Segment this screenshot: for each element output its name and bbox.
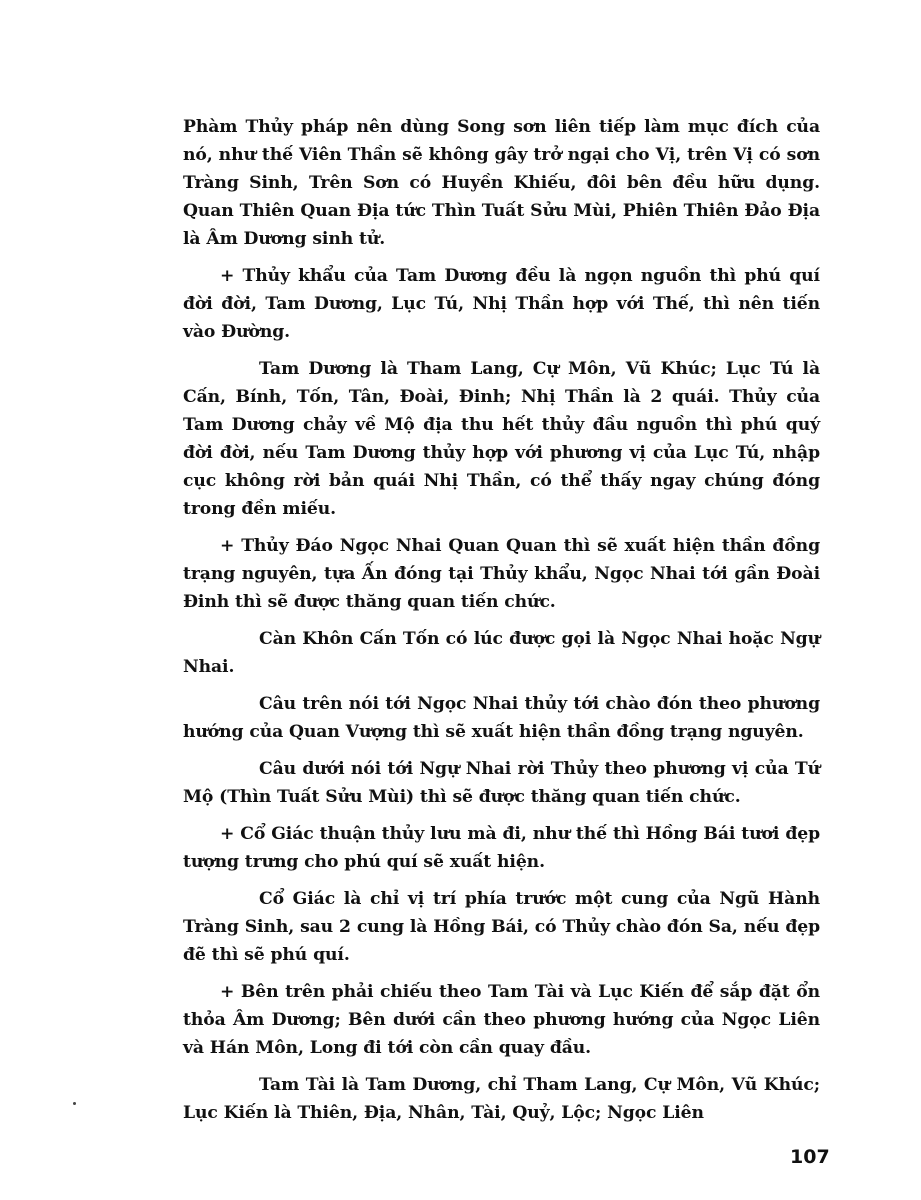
paragraph-9: Cổ Giác là chỉ vị trí phía trước một cun… (183, 885, 820, 969)
page-number: 107 (790, 1146, 830, 1168)
paragraph-7: Câu dưới nói tới Ngự Nhai rời Thủy theo … (183, 755, 820, 811)
paragraph-5: Càn Khôn Cấn Tốn có lúc được gọi là Ngọc… (183, 625, 820, 681)
paragraph-4: + Thủy Đáo Ngọc Nhai Quan Quan thì sẽ xu… (183, 532, 820, 616)
paragraph-3: Tam Dương là Tham Lang, Cự Môn, Vũ Khúc;… (183, 355, 820, 523)
paragraph-1: Phàm Thủy pháp nên dùng Song sơn liên ti… (183, 113, 820, 253)
paragraph-6: Câu trên nói tới Ngọc Nhai thủy tới chào… (183, 690, 820, 746)
paragraph-8: + Cổ Giác thuận thủy lưu mà đi, như thế … (183, 820, 820, 876)
body-text: Phàm Thủy pháp nên dùng Song sơn liên ti… (183, 113, 820, 1136)
paragraph-10: + Bên trên phải chiếu theo Tam Tài và Lụ… (183, 978, 820, 1062)
paragraph-11: Tam Tài là Tam Dương, chỉ Tham Lang, Cự … (183, 1071, 820, 1127)
book-page: Phàm Thủy pháp nên dùng Song sơn liên ti… (0, 0, 921, 1200)
paragraph-2: + Thủy khẩu của Tam Dương đều là ngọn ng… (183, 262, 820, 346)
scan-artifact-dot (73, 1102, 76, 1105)
